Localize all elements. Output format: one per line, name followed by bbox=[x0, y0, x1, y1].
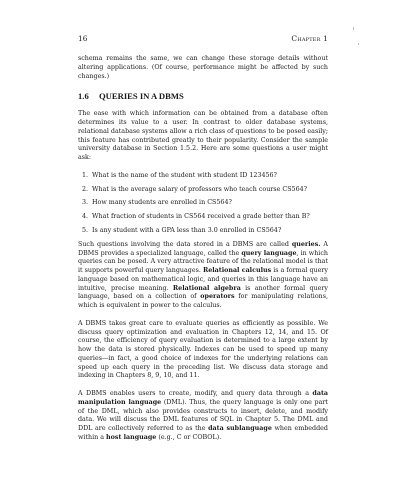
term-operators: operators bbox=[200, 293, 234, 300]
term-query-language: query language bbox=[241, 250, 296, 257]
question-list: 1.What is the name of the student with s… bbox=[78, 172, 328, 236]
section-number: 1.6 bbox=[78, 91, 99, 101]
paragraph-ease: The ease with which information can be o… bbox=[78, 110, 328, 163]
list-item: 1.What is the name of the student with s… bbox=[82, 172, 328, 181]
section-heading: 1.6QUERIES IN A DBMS bbox=[78, 91, 328, 101]
term-data-sublanguage: data sublanguage bbox=[208, 425, 272, 432]
list-item: 4.What fraction of students in CS564 rec… bbox=[82, 213, 328, 222]
paragraph-dml: A DBMS enables users to create, modify, … bbox=[78, 390, 328, 443]
term-relational-calculus: Relational calculus bbox=[203, 267, 271, 274]
page-number: 16 bbox=[78, 34, 87, 44]
scan-speck bbox=[358, 43, 359, 45]
list-item: 2.What is the average salary of professo… bbox=[82, 186, 328, 195]
chapter-label: Chapter 1 bbox=[291, 34, 328, 44]
list-item: 5.Is any student with a GPA less than 3.… bbox=[82, 227, 328, 236]
term-host-language: host language bbox=[106, 434, 156, 441]
intro-paragraph: schema remains the same, we can change t… bbox=[78, 55, 328, 81]
scan-speck bbox=[353, 27, 354, 30]
section-title: QUERIES IN A DBMS bbox=[99, 91, 184, 101]
list-item: 3.How many students are enrolled in CS56… bbox=[82, 199, 328, 208]
paragraph-queries: Such questions involving the data stored… bbox=[78, 241, 328, 311]
book-page: 16 Chapter 1 schema remains the same, we… bbox=[78, 30, 328, 443]
paragraph-efficiency: A DBMS takes great care to evaluate quer… bbox=[78, 320, 328, 381]
term-queries: queries. bbox=[292, 241, 321, 248]
term-relational-algebra: Relational algebra bbox=[173, 285, 241, 292]
running-header: 16 Chapter 1 bbox=[78, 34, 328, 44]
